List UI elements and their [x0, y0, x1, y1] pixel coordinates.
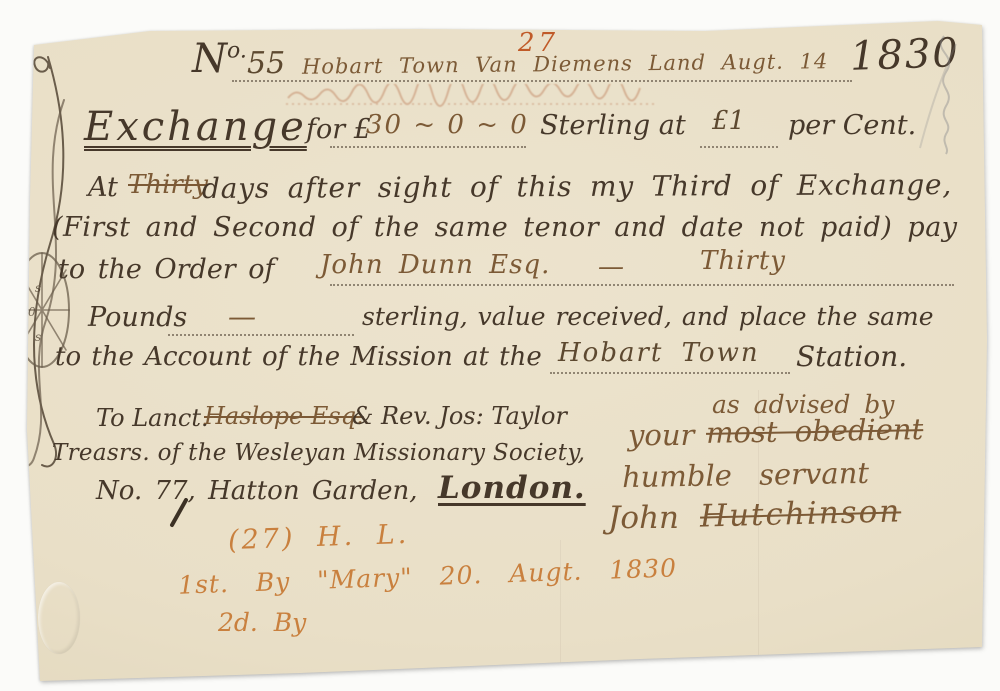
order-label: to the Order of [58, 254, 275, 285]
amount-dotted-rule [330, 146, 526, 148]
per-cent-label: per Cent. [788, 110, 916, 141]
address-added-name: & Rev. Jos: Taylor [352, 402, 567, 430]
payee-dotted-rule [330, 284, 954, 286]
sterling-at-label: Sterling at [540, 110, 686, 141]
rate-value: £1 [712, 106, 745, 136]
number-label-sup: o. [227, 39, 247, 64]
term-thirty: Thirty [128, 170, 208, 200]
pounds-dash: — [228, 300, 256, 333]
sterling-value-text: sterling, value received, and place the … [362, 302, 934, 331]
svg-text:0: 0 [28, 305, 36, 319]
address-street-line: No. 77, Hatton Garden, [96, 476, 418, 506]
annotation-second-ship: 2d. By [218, 608, 306, 637]
closing-your: your [628, 418, 694, 452]
station-label: Station. [796, 340, 907, 373]
paper-crease [758, 390, 759, 655]
place-and-date: Hobart Town Van Diemens Land Augt. 14 [302, 49, 829, 79]
after-sight-text: days after sight of this my Third of Exc… [202, 168, 952, 205]
closing-humble-servant: humble servant [622, 456, 870, 494]
signature-last-name: Hutchinson [700, 493, 902, 534]
address-society-line: Treasrs. of the Wesleyan Missionary Soci… [52, 440, 585, 466]
annotation-number: (27) H. L. [228, 519, 410, 556]
paper-crease-2 [560, 540, 561, 665]
svg-text:s: s [35, 330, 41, 344]
paper-wrapper: s 0 s No. 55 27 Hobart Town Van Diemens … [0, 0, 1000, 691]
annotation-first-ship: 1st. By "Mary" 20. Augt. 1830 [178, 553, 678, 599]
payee-dash: — [598, 252, 624, 282]
tenor-line-text: (First and Second of the same tenor and … [52, 212, 958, 243]
number-label-n: N [192, 36, 227, 82]
embossed-seal [38, 582, 80, 654]
exchange-title: Exchange [84, 104, 307, 150]
address-struck-name: Haslope Esq. [204, 402, 364, 430]
closing-obedient: most obedient [706, 412, 924, 450]
at-label: At [88, 172, 118, 203]
for-label: for £ [306, 114, 371, 145]
ink-bleed-mark [286, 84, 658, 108]
amount-in-words: Thirty [700, 246, 786, 276]
scanned-document-photo: s 0 s No. 55 27 Hobart Town Van Diemens … [0, 0, 1000, 691]
svg-text:s: s [35, 281, 41, 295]
address-city: London. [438, 470, 586, 506]
header-dotted-rule [232, 80, 852, 82]
bill-number: 55 [247, 46, 285, 81]
number-label: No. [192, 36, 247, 82]
station-name: Hobart Town [558, 338, 760, 368]
pounds-label: Pounds [88, 302, 187, 333]
rate-dotted-rule [700, 146, 778, 148]
bill-of-exchange-document: s 0 s No. 55 27 Hobart Town Van Diemens … [0, 0, 1000, 691]
payee-name: John Dunn Esq. [320, 250, 550, 280]
station-dotted-rule [550, 372, 790, 374]
address-to: To Lanct. [96, 404, 209, 432]
amount-figures: 30 ~ 0 ~ 0 [366, 110, 529, 140]
account-label: to the Account of the Mission at the [55, 342, 542, 372]
pounds-dotted-rule [168, 334, 354, 336]
stray-ink-mark [168, 498, 192, 528]
pencil-scribble [898, 30, 978, 160]
signature-first-name: John [608, 500, 679, 536]
